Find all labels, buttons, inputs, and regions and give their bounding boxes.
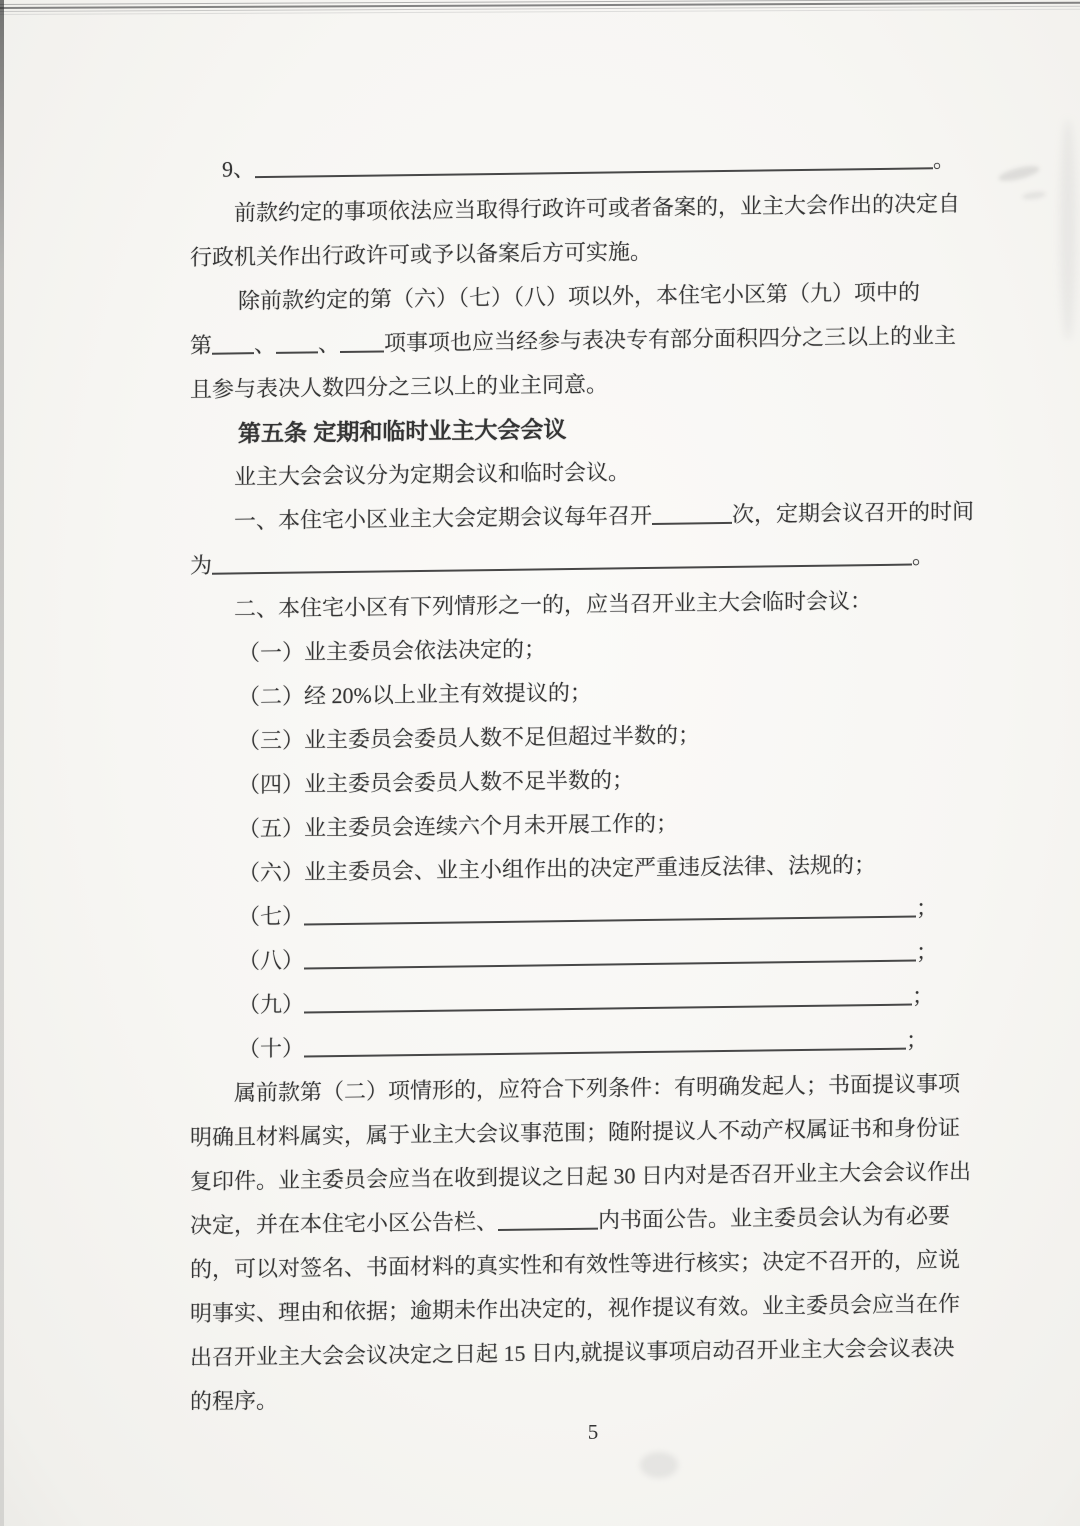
scan-smudge <box>1060 120 1076 340</box>
scan-streak-lines <box>0 0 1080 22</box>
text-run: 明事实、理由和依据；逾期未作出决定的，视作提议有效。业主委员会应当在作 <box>190 1291 960 1326</box>
text-run: （八） <box>238 948 304 974</box>
text-run: ； <box>916 939 938 964</box>
text-run: 一、本住宅小区业主大会定期会议每年召开 <box>234 503 652 533</box>
text-run: （二）经 20%以上业主有效提议的； <box>238 680 592 710</box>
text-run: ； <box>906 1027 928 1052</box>
blank-underline <box>304 899 916 925</box>
text-run: 第五条 定期和临时业主大会会议 <box>238 416 566 446</box>
scan-smudge <box>997 163 1040 184</box>
text-run: 为 <box>190 553 212 578</box>
blank-underline <box>276 335 318 354</box>
text-run: 前款约定的事项依法应当取得行政许可或者备案的，业主大会作出的决定自 <box>234 191 960 226</box>
text-run: （十） <box>238 1036 304 1062</box>
text-run: ； <box>916 895 938 920</box>
text-run: 、 <box>254 332 276 357</box>
text-run: （四）业主委员会委员人数不足半数的； <box>238 767 634 797</box>
text-run: 的程序。 <box>190 1388 278 1414</box>
text-run: 二、本住宅小区有下列情形之一的，应当召开业主大会临时会议： <box>234 588 872 621</box>
text-run: 。 <box>912 543 934 568</box>
scanned-document-page: 9、。前款约定的事项依法应当取得行政许可或者备案的，业主大会作出的决定自行政机关… <box>0 0 1080 1526</box>
blank-underline <box>304 988 912 1014</box>
text-run: 明确且材料属实，属于业主大会议事范围；随附提议人不动产权属证书和身份证 <box>190 1115 960 1150</box>
blank-underline <box>304 943 916 969</box>
text-run: 内书面公告。业主委员会认为有必要 <box>598 1203 950 1233</box>
text-run: 业主大会会议分为定期会议和临时会议。 <box>234 459 630 489</box>
scan-smudge <box>640 1452 678 1478</box>
text-run: 且参与表决人数四分之三以上的业主同意。 <box>190 372 608 402</box>
page-number: 5 <box>0 1417 1080 1448</box>
text-run: 出召开业主大会会议决定之日起 15 日内,就提议事项启动召开业主大会会议表决 <box>190 1335 955 1370</box>
text-run: 。 <box>933 147 955 172</box>
text-run: 的，可以对签名、书面材料的真实性和有效性等进行核实；决定不召开的，应说 <box>190 1247 960 1282</box>
text-run: （三）业主委员会委员人数不足但超过半数的； <box>238 722 700 753</box>
text-run: 次，定期会议召开的时间 <box>732 499 974 527</box>
text-run: ； <box>912 983 934 1008</box>
text-run: 、 <box>318 331 340 356</box>
document-body: 9、。前款约定的事项依法应当取得行政许可或者备案的，业主大会作出的决定自行政机关… <box>190 138 970 1424</box>
text-run: （一）业主委员会依法决定的； <box>238 636 546 665</box>
blank-underline <box>255 151 933 178</box>
blank-underline <box>212 336 254 355</box>
text-run: （五）业主委员会连续六个月未开展工作的； <box>238 811 678 842</box>
text-run: 复印件。业主委员会应当在收到提议之日起 30 日内对是否召开业主大会会议作出 <box>190 1159 971 1194</box>
text-run: 第 <box>190 333 212 358</box>
blank-underline <box>498 1212 598 1231</box>
blank-underline <box>340 334 384 353</box>
blank-underline <box>212 548 912 575</box>
text-run: 项事项也应当经参与表决专有部分面积四分之三以上的业主 <box>384 323 956 355</box>
blank-underline <box>652 506 732 525</box>
text-run: （七） <box>238 904 304 930</box>
blank-underline <box>304 1032 906 1058</box>
scan-smudge <box>1022 190 1047 200</box>
text-run: 属前款第（二）项情形的，应符合下列条件：有明确发起人；书面提议事项 <box>234 1071 960 1106</box>
scan-edge-shadow <box>0 0 4 1526</box>
text-run: （九） <box>238 992 304 1018</box>
text-run: 9、 <box>222 156 255 181</box>
text-run: 决定，并在本住宅小区公告栏、 <box>190 1209 498 1238</box>
text-run: 除前款约定的第（六）（七）（八）项以外，本住宅小区第（九）项中的 <box>238 279 920 313</box>
text-run: （六）业主委员会、业主小组作出的决定严重违反法律、法规的； <box>238 852 876 885</box>
text-run: 行政机关作出行政许可或予以备案后方可实施。 <box>190 239 652 270</box>
